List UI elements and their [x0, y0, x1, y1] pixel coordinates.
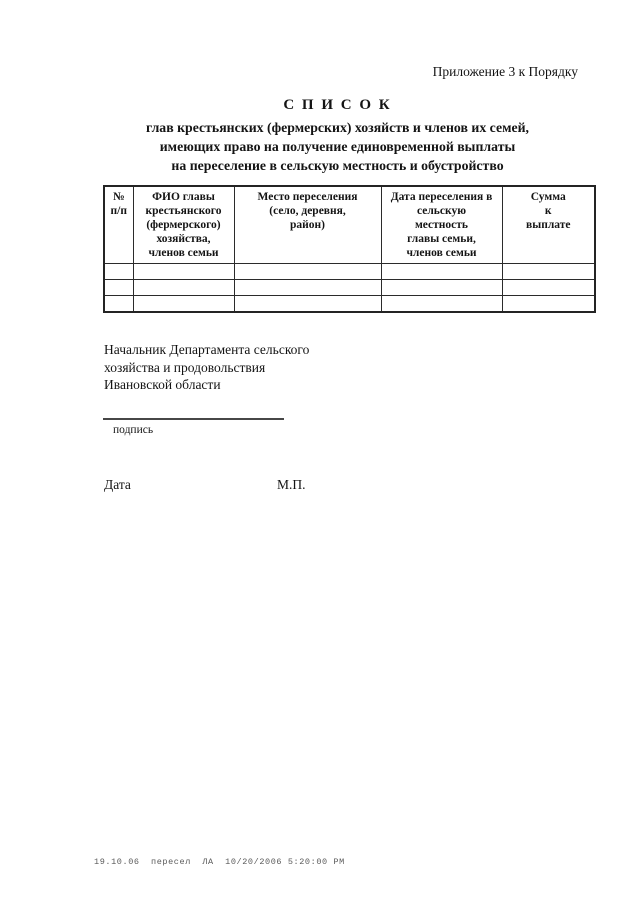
table-cell-empty: [104, 264, 133, 280]
table-cell-empty: [104, 296, 133, 313]
column-header-place: Место переселения (село, деревня, район): [234, 186, 381, 264]
title-block: С П И С О К глав крестьянских (фермерски…: [85, 96, 590, 175]
column-header-name: ФИО главы крестьянского (фермерского) хо…: [133, 186, 234, 264]
table-empty-rows: [104, 264, 595, 313]
table-row: [104, 296, 595, 313]
date-label: Дата: [104, 477, 131, 493]
table-cell-empty: [104, 280, 133, 296]
table-cell-empty: [502, 280, 595, 296]
resettlement-table: № п/п ФИО главы крестьянского (фермерско…: [103, 185, 596, 313]
column-header-date: Дата переселения в сельскую местность гл…: [381, 186, 502, 264]
table-cell-empty: [381, 296, 502, 313]
table-cell-empty: [502, 296, 595, 313]
file-footer-text: 19.10.06 пересел ЛА 10/20/2006 5:20:00 P…: [94, 857, 345, 867]
table-cell-empty: [381, 264, 502, 280]
document-page: Приложение 3 к Порядку С П И С О К глав …: [0, 0, 640, 905]
seal-label: М.П.: [277, 477, 306, 493]
table-cell-empty: [133, 264, 234, 280]
signature-caption: подпись: [113, 424, 153, 436]
table-cell-empty: [502, 264, 595, 280]
column-header-sum: Сумма к выплате: [502, 186, 595, 264]
document-subtitle: глав крестьянских (фермерских) хозяйств …: [85, 118, 590, 175]
table-cell-empty: [133, 296, 234, 313]
document-title: С П И С О К: [85, 96, 590, 114]
table-row: [104, 264, 595, 280]
annex-annotation: Приложение 3 к Порядку: [433, 64, 578, 80]
table-cell-empty: [234, 296, 381, 313]
table-cell-empty: [234, 280, 381, 296]
column-header-number: № п/п: [104, 186, 133, 264]
signature-line: [103, 403, 284, 420]
table-row: [104, 280, 595, 296]
table-cell-empty: [381, 280, 502, 296]
table-cell-empty: [133, 280, 234, 296]
table-cell-empty: [234, 264, 381, 280]
table-header-row: № п/п ФИО главы крестьянского (фермерско…: [104, 186, 595, 264]
official-title: Начальник Департамента сельского хозяйст…: [104, 341, 309, 394]
